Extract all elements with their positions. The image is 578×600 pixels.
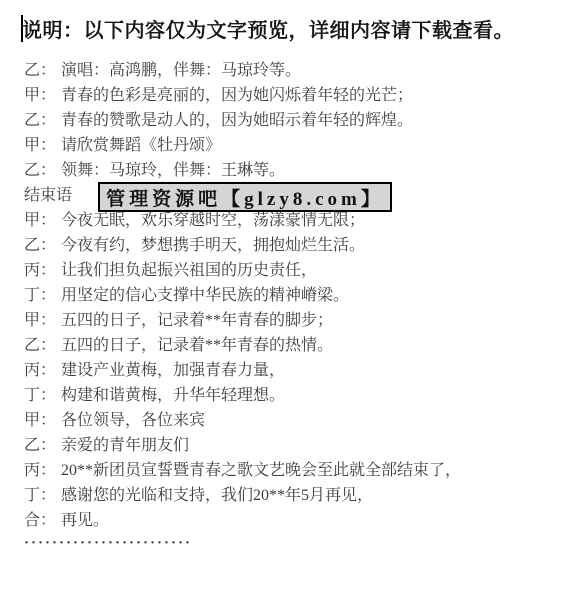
speaker-label: 甲： xyxy=(24,408,57,433)
line-text: 各位领导，各位来宾 xyxy=(61,412,205,429)
speaker-label: 结束语 xyxy=(24,183,72,208)
line-text: 五四的日子，记录着**年青春的热情。 xyxy=(61,337,333,354)
line-text: 感谢您的光临和支持，我们20**年5月再见， xyxy=(61,487,373,504)
script-line: 乙：演唱：高鸿鹏，伴舞：马琼玲等。 xyxy=(24,58,564,83)
speaker-label: 乙： xyxy=(24,233,57,258)
line-text: 请欣赏舞蹈《牡丹颂》 xyxy=(61,137,221,154)
line-text: 五四的日子，记录着**年青春的脚步； xyxy=(61,312,333,329)
script-line: 丁：构建和谐黄梅，升华年轻理想。 xyxy=(24,383,564,408)
line-text: 青春的色彩是亮丽的，因为她闪烁着年轻的光芒； xyxy=(61,87,413,104)
line-text: 用坚定的信心支撑中华民族的精神嵴梁。 xyxy=(61,287,349,304)
document-preview: 说明：以下内容仅为文字预览，详细内容请下载查看。 乙：演唱：高鸿鹏，伴舞：马琼玲… xyxy=(0,0,578,600)
script-line: 合：再见。 xyxy=(24,508,564,533)
speaker-label: 乙： xyxy=(24,58,57,83)
speaker-label: 乙： xyxy=(24,433,57,458)
line-text: 今夜无眠，欢乐穿越时空，荡漾豪情无限； xyxy=(61,212,365,229)
speaker-label: 甲： xyxy=(24,308,57,333)
speaker-label: 乙： xyxy=(24,158,57,183)
speaker-label: 丁： xyxy=(24,483,57,508)
script-line: 乙：青春的赞歌是动人的，因为她昭示着年轻的辉煌。 xyxy=(24,108,564,133)
script-line: 乙：五四的日子，记录着**年青春的热情。 xyxy=(24,333,564,358)
script-line: 甲：各位领导，各位来宾 xyxy=(24,408,564,433)
preview-notice: 说明：以下内容仅为文字预览，详细内容请下载查看。 xyxy=(22,14,514,43)
speaker-label: 甲： xyxy=(24,83,57,108)
watermark-text: 管理资源吧【glzy8.com】 xyxy=(106,184,384,211)
script-line: 丁：用坚定的信心支撑中华民族的精神嵴梁。 xyxy=(24,283,564,308)
speaker-label: 丙： xyxy=(24,458,57,483)
script-line: 甲：请欣赏舞蹈《牡丹颂》 xyxy=(24,133,564,158)
line-text: 20**新团员宣誓暨青春之歌文艺晚会至此就全部结束了， xyxy=(61,462,461,479)
speaker-label: 丙： xyxy=(24,358,57,383)
speaker-label: 丙： xyxy=(24,258,57,283)
line-text: 今夜有约，梦想携手明天，拥抱灿烂生活。 xyxy=(61,237,365,254)
script-line: 乙：今夜有约，梦想携手明天，拥抱灿烂生活。 xyxy=(24,233,564,258)
script-line: 丙：建设产业黄梅，加强青春力量， xyxy=(24,358,564,383)
speaker-label: 甲： xyxy=(24,133,57,158)
script-line: 丁：感谢您的光临和支持，我们20**年5月再见， xyxy=(24,483,564,508)
script-line: 甲：青春的色彩是亮丽的，因为她闪烁着年轻的光芒； xyxy=(24,83,564,108)
script-line: 甲：五四的日子，记录着**年青春的脚步； xyxy=(24,308,564,333)
line-text: 构建和谐黄梅，升华年轻理想。 xyxy=(61,387,285,404)
line-text: 让我们担负起振兴祖国的历史责任， xyxy=(61,262,317,279)
line-text: 再见。 xyxy=(61,512,109,529)
script-line: 丙：20**新团员宣誓暨青春之歌文艺晚会至此就全部结束了， xyxy=(24,458,564,483)
script-line: 乙：领舞：马琼玲，伴舞：王琳等。 xyxy=(24,158,564,183)
line-text: 建设产业黄梅，加强青春力量， xyxy=(61,362,285,379)
speaker-label: 乙： xyxy=(24,333,57,358)
line-text: 演唱：高鸿鹏，伴舞：马琼玲等。 xyxy=(61,62,301,79)
speaker-label: 甲： xyxy=(24,208,57,233)
script-line: 丙：让我们担负起振兴祖国的历史责任， xyxy=(24,258,564,283)
line-text: 青春的赞歌是动人的，因为她昭示着年轻的辉煌。 xyxy=(61,112,413,129)
ellipsis-line: ························ xyxy=(24,531,192,556)
line-text: 领舞：马琼玲，伴舞：王琳等。 xyxy=(61,162,285,179)
speaker-label: 丁： xyxy=(24,383,57,408)
line-text: 亲爱的青年朋友们 xyxy=(61,437,189,454)
script-lines[interactable]: 乙：演唱：高鸿鹏，伴舞：马琼玲等。甲：青春的色彩是亮丽的，因为她闪烁着年轻的光芒… xyxy=(24,58,564,533)
script-line: 乙：亲爱的青年朋友们 xyxy=(24,433,564,458)
speaker-label: 乙： xyxy=(24,108,57,133)
watermark-box[interactable]: 管理资源吧【glzy8.com】 xyxy=(98,182,392,212)
speaker-label: 丁： xyxy=(24,283,57,308)
speaker-label: 合： xyxy=(24,508,57,533)
